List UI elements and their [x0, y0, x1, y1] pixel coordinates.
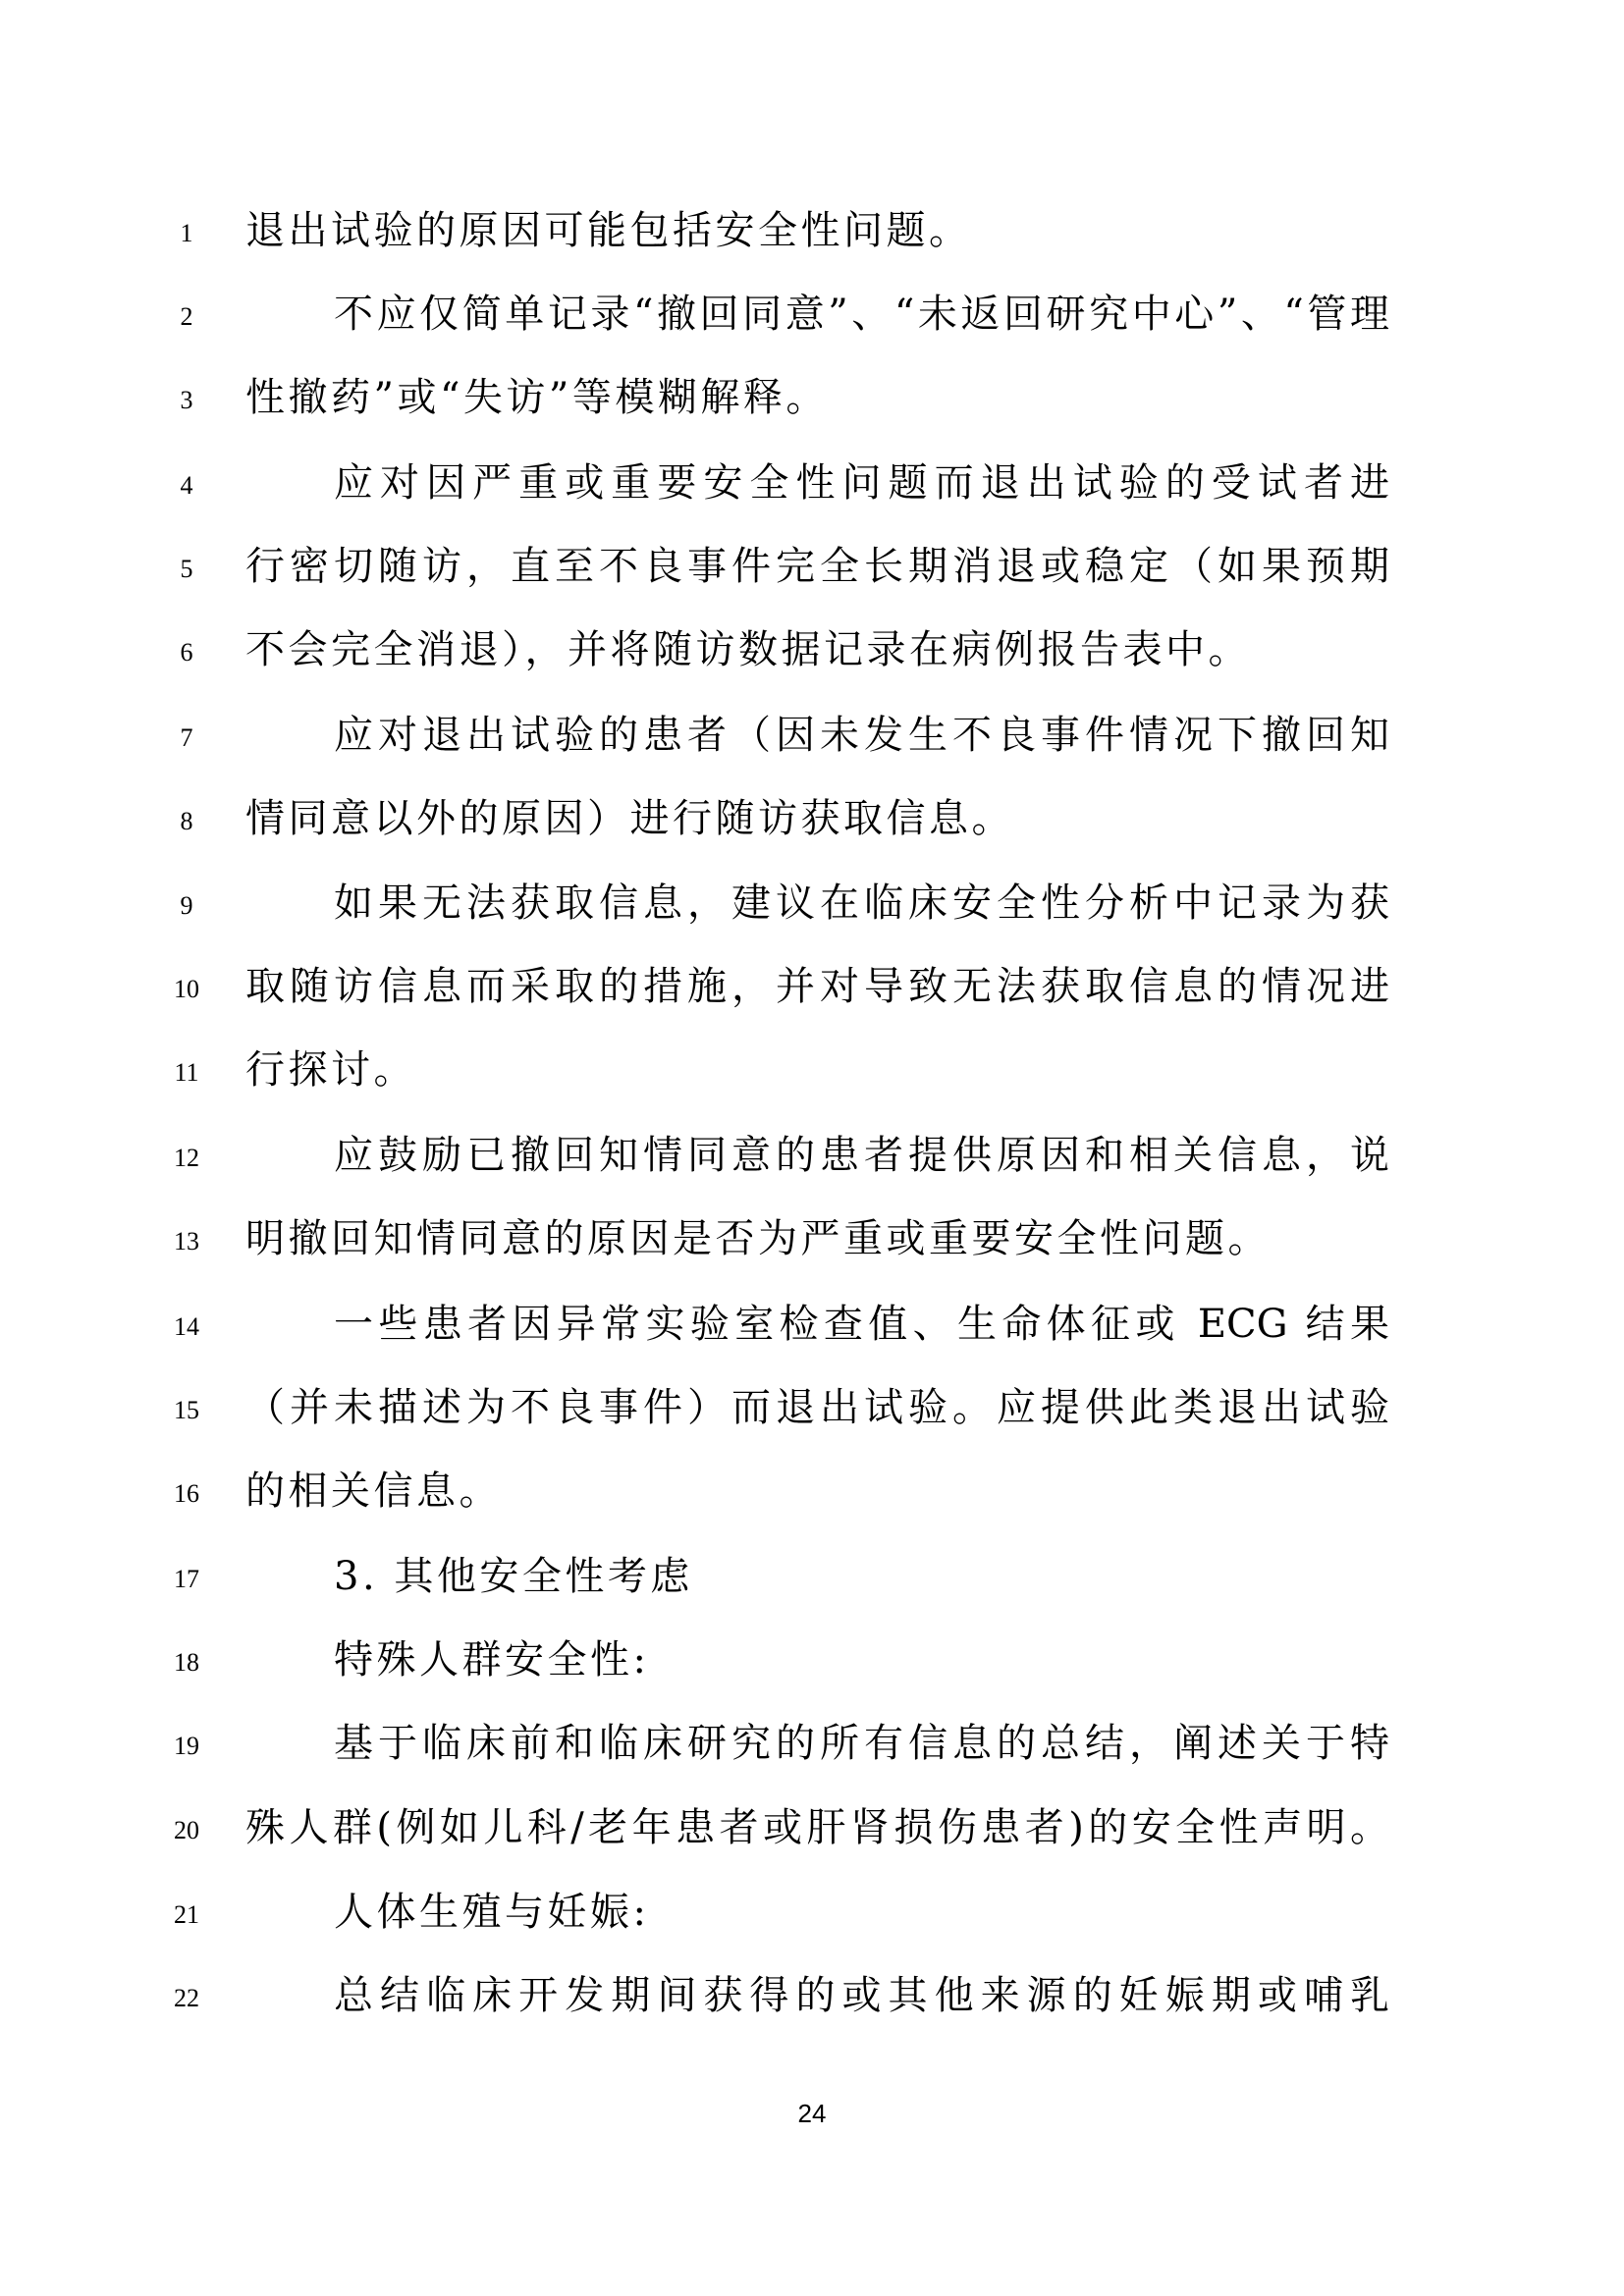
- line-text: 不会完全消退），并将随访数据记录在病例报告表中。: [245, 609, 1389, 692]
- line-text: 不应仅简单记录“撤回同意”、“未返回研究中心”、“管理: [334, 273, 1389, 356]
- document-line: 11 行探讨。: [0, 1029, 1624, 1112]
- line-text: 一些患者因异常实验室检查值、生命体征或 ECG 结果: [334, 1283, 1389, 1366]
- line-number: 5: [157, 555, 216, 584]
- line-number: 11: [157, 1058, 216, 1088]
- document-line: 15 （并未描述为不良事件）而退出试验。应提供此类退出试验: [0, 1366, 1624, 1450]
- document-line: 17 3. 其他安全性考虑: [0, 1535, 1624, 1619]
- document-line: 10 取随访信息而采取的措施，并对导致无法获取信息的情况进: [0, 945, 1624, 1029]
- document-line: 16 的相关信息。: [0, 1450, 1624, 1533]
- document-line: 9 如果无法获取信息，建议在临床安全性分析中记录为获: [0, 862, 1624, 945]
- document-line: 21 人体生殖与妊娠:: [0, 1871, 1624, 1954]
- subsection-label: 特殊人群安全性:: [334, 1619, 1389, 1702]
- document-line: 19 基于临床前和临床研究的所有信息的总结，阐述关于特: [0, 1702, 1624, 1786]
- document-page: 1 退出试验的原因可能包括安全性问题。 2 不应仅简单记录“撤回同意”、“未返回…: [0, 0, 1624, 2296]
- line-text: 性撤药”或“失访”等模糊解释。: [245, 356, 1389, 440]
- document-line: 22 总结临床开发期间获得的或其他来源的妊娠期或哺乳: [0, 1954, 1624, 2038]
- subsection-label: 人体生殖与妊娠:: [334, 1871, 1389, 1954]
- line-text: 取随访信息而采取的措施，并对导致无法获取信息的情况进: [245, 945, 1389, 1029]
- line-number: 10: [157, 975, 216, 1004]
- document-line: 20 殊人群(例如儿科/老年患者或肝肾损伤患者)的安全性声明。: [0, 1787, 1624, 1870]
- document-line: 8 情同意以外的原因）进行随访获取信息。: [0, 777, 1624, 861]
- line-text: 应鼓励已撤回知情同意的患者提供原因和相关信息，说: [334, 1114, 1389, 1198]
- section-heading: 3. 其他安全性考虑: [334, 1535, 1389, 1619]
- line-number: 14: [157, 1312, 216, 1342]
- line-number: 9: [157, 891, 216, 921]
- line-number: 2: [157, 302, 216, 332]
- document-line: 18 特殊人群安全性:: [0, 1619, 1624, 1702]
- line-text: 总结临床开发期间获得的或其他来源的妊娠期或哺乳: [334, 1954, 1389, 2038]
- line-number: 17: [157, 1565, 216, 1594]
- line-number: 21: [157, 1900, 216, 1930]
- document-line: 4 应对因严重或重要安全性问题而退出试验的受试者进: [0, 442, 1624, 525]
- line-number: 7: [157, 723, 216, 753]
- document-line: 5 行密切随访，直至不良事件完全长期消退或稳定（如果预期: [0, 525, 1624, 609]
- document-line: 1 退出试验的原因可能包括安全性问题。: [0, 189, 1624, 273]
- line-text: 行密切随访，直至不良事件完全长期消退或稳定（如果预期: [245, 525, 1389, 609]
- line-text: 基于临床前和临床研究的所有信息的总结，阐述关于特: [334, 1702, 1389, 1786]
- document-line: 14 一些患者因异常实验室检查值、生命体征或 ECG 结果: [0, 1283, 1624, 1366]
- page-number: 24: [763, 2099, 861, 2129]
- line-number: 16: [157, 1479, 216, 1509]
- document-line: 7 应对退出试验的患者（因未发生不良事件情况下撤回知: [0, 694, 1624, 777]
- line-number: 8: [157, 807, 216, 836]
- line-text: 殊人群(例如儿科/老年患者或肝肾损伤患者)的安全性声明。: [245, 1787, 1389, 1870]
- line-text: 的相关信息。: [245, 1450, 1389, 1533]
- document-line: 3 性撤药”或“失访”等模糊解释。: [0, 356, 1624, 440]
- line-text: 应对退出试验的患者（因未发生不良事件情况下撤回知: [334, 694, 1389, 777]
- line-number: 18: [157, 1648, 216, 1678]
- line-number: 1: [157, 219, 216, 248]
- document-line: 13 明撤回知情同意的原因是否为严重或重要安全性问题。: [0, 1198, 1624, 1281]
- line-text: 退出试验的原因可能包括安全性问题。: [245, 189, 1389, 273]
- line-number: 13: [157, 1227, 216, 1256]
- line-text: 行探讨。: [245, 1029, 1389, 1112]
- document-line: 12 应鼓励已撤回知情同意的患者提供原因和相关信息，说: [0, 1114, 1624, 1198]
- line-text: 情同意以外的原因）进行随访获取信息。: [245, 777, 1389, 861]
- line-text: 如果无法获取信息，建议在临床安全性分析中记录为获: [334, 862, 1389, 945]
- line-number: 6: [157, 638, 216, 667]
- line-text: 应对因严重或重要安全性问题而退出试验的受试者进: [334, 442, 1389, 525]
- line-text: 明撤回知情同意的原因是否为严重或重要安全性问题。: [245, 1198, 1389, 1281]
- line-number: 4: [157, 471, 216, 501]
- line-number: 22: [157, 1984, 216, 2013]
- line-number: 12: [157, 1144, 216, 1173]
- line-number: 20: [157, 1816, 216, 1845]
- line-number: 15: [157, 1396, 216, 1425]
- document-line: 2 不应仅简单记录“撤回同意”、“未返回研究中心”、“管理: [0, 273, 1624, 356]
- document-line: 6 不会完全消退），并将随访数据记录在病例报告表中。: [0, 609, 1624, 692]
- line-text: （并未描述为不良事件）而退出试验。应提供此类退出试验: [245, 1366, 1389, 1450]
- line-number: 19: [157, 1732, 216, 1761]
- line-number: 3: [157, 386, 216, 415]
